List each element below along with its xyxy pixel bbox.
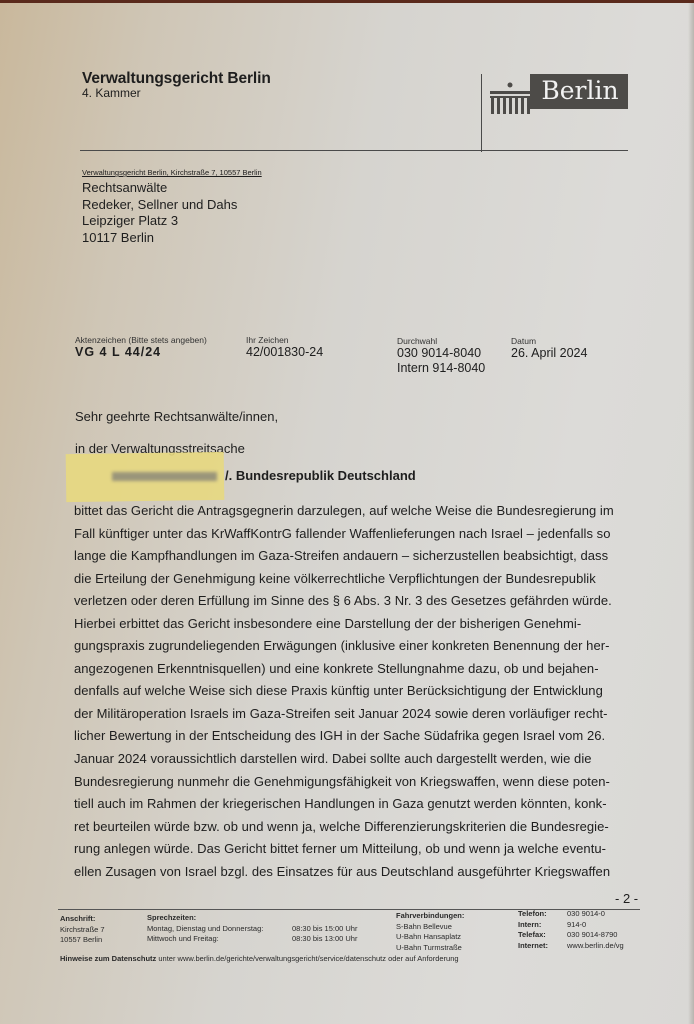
direct-dial-block: Durchwahl 030 9014-8040 Intern 914-8040 bbox=[397, 336, 485, 376]
footer-hours-time: 08:30 bis 13:00 Uhr bbox=[292, 934, 357, 945]
footer-address: Anschrift: Kirchstraße 7 10557 Berlin bbox=[60, 914, 105, 946]
date: 26. April 2024 bbox=[511, 346, 587, 361]
file-number-label: Aktenzeichen (Bitte stets angeben) bbox=[75, 335, 207, 345]
recipient-address: Rechtsanwälte Redeker, Sellner und Dahs … bbox=[82, 180, 237, 246]
salutation: Sehr geehrte Rechtsanwälte/innen, bbox=[75, 409, 278, 424]
footer-website: www.berlin.de/vg bbox=[567, 941, 624, 952]
body-line: ellen Zusagen von Israel bzgl. des Einsa… bbox=[74, 861, 644, 884]
your-reference: 42/001830-24 bbox=[246, 345, 323, 360]
case-parties: /. Bundesrepublik Deutschland bbox=[225, 468, 416, 483]
footer-transit-label: Fahrverbindungen: bbox=[396, 911, 464, 922]
body-line: Januar 2024 voraussichtlich darstellen w… bbox=[74, 748, 644, 771]
footer-hours-label: Sprechzeiten: bbox=[147, 913, 263, 924]
berlin-logo: Berlin bbox=[490, 74, 628, 116]
redacted-party-name bbox=[112, 472, 217, 481]
letter-body: bittet das Gericht die Antragsgegnerin d… bbox=[74, 500, 644, 883]
next-page-marker: - 2 - bbox=[615, 891, 638, 906]
footer-contact-label: Telefax: bbox=[518, 930, 548, 941]
body-line: gungspraxis zugrundeliegenden Erwägungen… bbox=[74, 635, 644, 658]
footer-contact-labels: Telefon: Intern: Telefax: Internet: bbox=[518, 909, 548, 951]
privacy-label: Hinweise zum Datenschutz bbox=[60, 954, 156, 963]
recipient-line: Rechtsanwälte bbox=[82, 180, 237, 197]
footer-hours-times: 08:30 bis 15:00 Uhr 08:30 bis 13:00 Uhr bbox=[292, 924, 357, 945]
body-line: ret beurteilen würde bzw. ob und wenn ja… bbox=[74, 816, 644, 839]
body-line: lange die Kampfhandlungen im Gaza-Streif… bbox=[74, 545, 644, 568]
recipient-line: Leipziger Platz 3 bbox=[82, 213, 237, 230]
date-block: Datum 26. April 2024 bbox=[511, 336, 587, 361]
privacy-text: unter www.berlin.de/gerichte/verwaltungs… bbox=[158, 954, 458, 963]
footer-address-line: Kirchstraße 7 bbox=[60, 925, 105, 936]
file-number: VG 4 L 44/24 bbox=[75, 345, 207, 359]
file-number-block: Aktenzeichen (Bitte stets angeben) VG 4 … bbox=[75, 335, 207, 359]
footer-transit-line: S-Bahn Bellevue bbox=[396, 922, 464, 933]
date-label: Datum bbox=[511, 336, 587, 346]
body-line: Hierbei erbittet das Gericht insbesonder… bbox=[74, 613, 644, 636]
footer-fax: 030 9014-8790 bbox=[567, 930, 624, 941]
recipient-line: Redeker, Sellner und Dahs bbox=[82, 197, 237, 214]
your-reference-label: Ihr Zeichen bbox=[246, 335, 323, 345]
body-line: rung anlegen würde. Das Gericht bittet f… bbox=[74, 838, 644, 861]
body-line: licher Bewertung in der Entscheidung des… bbox=[74, 725, 644, 748]
page-edge-shadow bbox=[688, 3, 694, 1024]
header-divider bbox=[80, 150, 628, 151]
footer-address-line: 10557 Berlin bbox=[60, 935, 105, 946]
direct-dial-label: Durchwahl bbox=[397, 336, 485, 346]
body-line: verletzen oder deren Erfüllung im Sinne … bbox=[74, 590, 644, 613]
privacy-notice: Hinweise zum Datenschutz unter www.berli… bbox=[60, 954, 459, 963]
body-line: Bundesregierung nunmehr die Genehmigungs… bbox=[74, 771, 644, 794]
footer-hours-days: Montag, Dienstag und Donnerstag: bbox=[147, 924, 263, 935]
footer-contact-label: Intern: bbox=[518, 920, 548, 931]
footer-transit: Fahrverbindungen: S-Bahn Bellevue U-Bahn… bbox=[396, 911, 464, 953]
footer-contact-label: Telefon: bbox=[518, 909, 548, 920]
return-address: Verwaltungsgericht Berlin, Kirchstraße 7… bbox=[82, 168, 262, 177]
footer-phone: 030 9014-0 bbox=[567, 909, 624, 920]
body-line: bittet das Gericht die Antragsgegnerin d… bbox=[74, 500, 644, 523]
footer-internal: 914-0 bbox=[567, 920, 624, 931]
footer-transit-line: U-Bahn Hansaplatz bbox=[396, 932, 464, 943]
footer-divider bbox=[58, 909, 640, 910]
logo-text: Berlin bbox=[534, 75, 626, 107]
your-reference-block: Ihr Zeichen 42/001830-24 bbox=[246, 335, 323, 360]
header-divider-vertical bbox=[481, 74, 482, 152]
footer-hours-days: Mittwoch und Freitag: bbox=[147, 934, 263, 945]
footer-transit-line: U-Bahn Turmstraße bbox=[396, 943, 464, 954]
chamber: 4. Kammer bbox=[82, 86, 141, 100]
body-line: der Militäroperation Israels im Gaza-Str… bbox=[74, 703, 644, 726]
body-line: die Erteilung der Genehmigung keine völk… bbox=[74, 568, 644, 591]
recipient-line: 10117 Berlin bbox=[82, 230, 237, 247]
footer-contact-label: Internet: bbox=[518, 941, 548, 952]
direct-dial: 030 9014-8040 bbox=[397, 346, 485, 361]
footer-contact-values: 030 9014-0 914-0 030 9014-8790 www.berli… bbox=[567, 909, 624, 951]
body-line: tiell auch im Rahmen der kriegerischen H… bbox=[74, 793, 644, 816]
footer-hours: Sprechzeiten: Montag, Dienstag und Donne… bbox=[147, 913, 263, 945]
footer-hours-time: 08:30 bis 15:00 Uhr bbox=[292, 924, 357, 935]
body-line: Fall künftiger unter das KrWaffKontrG fa… bbox=[74, 523, 644, 546]
internal-number: Intern 914-8040 bbox=[397, 361, 485, 376]
footer-address-label: Anschrift: bbox=[60, 914, 105, 925]
body-line: angezogenen Erkenntnisquellen) und eine … bbox=[74, 658, 644, 681]
body-line: denfalls auf welche Weise sich diese Pra… bbox=[74, 680, 644, 703]
